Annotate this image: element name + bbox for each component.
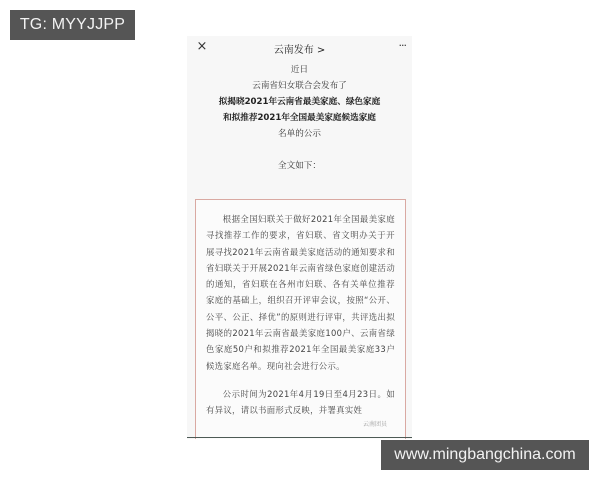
more-icon[interactable]: ··· xyxy=(399,39,407,52)
headline-line: 和拟推荐2021年全国最美家庭候选家庭 xyxy=(187,110,412,126)
account-title-link[interactable]: 云南发布 > xyxy=(274,41,326,56)
source-watermark: 云南团员 xyxy=(363,419,387,428)
intro-line: 云南省妇女联合会发布了 xyxy=(187,78,412,94)
subtitle: 名单的公示 xyxy=(187,126,412,142)
body-paragraph: 根据全国妇联关于做好2021年全国最美家庭寻找推荐工作的要求，省妇联、省文明办关… xyxy=(196,211,405,374)
headline-line: 拟揭晓2021年云南省最美家庭、绿色家庭 xyxy=(187,94,412,110)
article-screenshot: × 云南发布 > ··· 近日 云南省妇女联合会发布了 拟揭晓2021年云南省最… xyxy=(187,36,412,439)
body-paragraph: 公示时间为2021年4月19日至4月23日。如有异议，请以书面形式反映，并署真实… xyxy=(196,386,405,419)
divider xyxy=(187,437,412,438)
watermark-bottom-right: www.mingbangchina.com xyxy=(381,440,589,470)
watermark-top-left: TG: MYYJJPP xyxy=(10,10,135,40)
intro-line: 近日 xyxy=(187,62,412,78)
close-icon[interactable]: × xyxy=(195,40,209,54)
announcement-box: 根据全国妇联关于做好2021年全国最美家庭寻找推荐工作的要求，省妇联、省文明办关… xyxy=(195,199,406,439)
navbar: × 云南发布 > ··· xyxy=(187,36,412,60)
full-text-label: 全文如下： xyxy=(187,158,412,174)
article-intro: 近日 云南省妇女联合会发布了 拟揭晓2021年云南省最美家庭、绿色家庭 和拟推荐… xyxy=(187,62,412,174)
